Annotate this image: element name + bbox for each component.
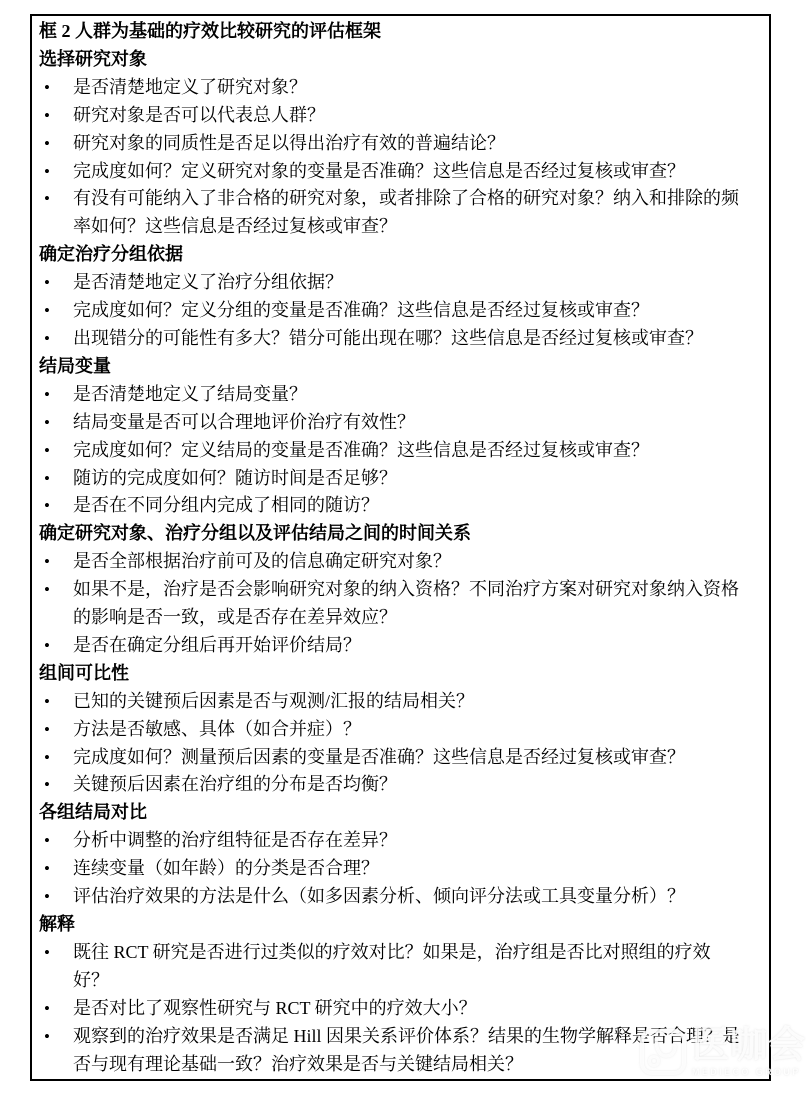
bullet-icon: • xyxy=(39,130,73,158)
bullet-icon: • xyxy=(39,269,73,297)
bullet-icon: • xyxy=(39,465,73,493)
bullet-item: •关键预后因素在治疗组的分布是否均衡？ xyxy=(39,771,741,799)
bullet-text: 有没有可能纳入了非合格的研究对象，或者排除了合格的研究对象？纳入和排除的频率如何… xyxy=(73,185,741,241)
bullet-icon: • xyxy=(39,185,73,213)
bullet-icon: • xyxy=(39,297,73,325)
bullet-item: •完成度如何？定义结局的变量是否准确？这些信息是否经过复核或审查？ xyxy=(39,437,741,465)
bullet-icon: • xyxy=(39,1023,73,1051)
section-1: 选择研究对象•是否清楚地定义了研究对象？•研究对象是否可以代表总人群？•研究对象… xyxy=(39,46,741,241)
section-heading: 确定治疗分组依据 xyxy=(39,241,741,269)
bullet-item: •出现错分的可能性有多大？错分可能出现在哪？这些信息是否经过复核或审查？ xyxy=(39,325,741,353)
bullet-item: •完成度如何？测量预后因素的变量是否准确？这些信息是否经过复核或审查？ xyxy=(39,744,741,772)
bullet-text: 完成度如何？测量预后因素的变量是否准确？这些信息是否经过复核或审查？ xyxy=(73,744,741,772)
bullet-icon: • xyxy=(39,492,73,520)
bullet-text: 连续变量（如年龄）的分类是否合理？ xyxy=(73,855,741,883)
bullet-text: 是否清楚地定义了治疗分组依据？ xyxy=(73,269,741,297)
bullet-text: 出现错分的可能性有多大？错分可能出现在哪？这些信息是否经过复核或审查？ xyxy=(73,325,741,353)
bullet-text: 是否在确定分组后再开始评价结局？ xyxy=(73,632,741,660)
bullet-item: •是否清楚地定义了研究对象？ xyxy=(39,74,741,102)
bullet-text: 关键预后因素在治疗组的分布是否均衡？ xyxy=(73,771,741,799)
section-5: 组间可比性•已知的关键预后因素是否与观测/汇报的结局相关？•方法是否敏感、具体（… xyxy=(39,660,741,800)
bullet-icon: • xyxy=(39,325,73,353)
bullet-icon: • xyxy=(39,827,73,855)
document-frame: 框 2 人群为基础的疗效比较研究的评估框架 选择研究对象•是否清楚地定义了研究对… xyxy=(30,14,771,1081)
bullet-item: •研究对象的同质性是否足以得出治疗有效的普遍结论？ xyxy=(39,130,741,158)
bullet-item: •评估治疗效果的方法是什么（如多因素分析、倾向评分法或工具变量分析）？ xyxy=(39,883,741,911)
bullet-icon: • xyxy=(39,548,73,576)
bullet-text: 完成度如何？定义研究对象的变量是否准确？这些信息是否经过复核或审查？ xyxy=(73,158,741,186)
bullet-icon: • xyxy=(39,939,73,967)
bullet-icon: • xyxy=(39,883,73,911)
bullet-item: •是否在确定分组后再开始评价结局？ xyxy=(39,632,741,660)
section-heading: 确定研究对象、治疗分组以及评估结局之间的时间关系 xyxy=(39,520,741,548)
section-7: 解释•既往 RCT 研究是否进行过类似的疗效对比？如果是，治疗组是否比对照组的疗… xyxy=(39,911,741,1078)
bullet-item: •方法是否敏感、具体（如合并症）？ xyxy=(39,716,741,744)
bullet-text: 观察到的治疗效果是否满足 Hill 因果关系评价体系？结果的生物学解释是否合理？… xyxy=(73,1023,741,1079)
section-heading: 选择研究对象 xyxy=(39,46,741,74)
bullet-icon: • xyxy=(39,102,73,130)
bullet-text: 研究对象的同质性是否足以得出治疗有效的普遍结论？ xyxy=(73,130,741,158)
bullet-item: •既往 RCT 研究是否进行过类似的疗效对比？如果是，治疗组是否比对照组的疗效好… xyxy=(39,939,741,995)
bullet-text: 完成度如何？定义分组的变量是否准确？这些信息是否经过复核或审查？ xyxy=(73,297,741,325)
bullet-item: •观察到的治疗效果是否满足 Hill 因果关系评价体系？结果的生物学解释是否合理… xyxy=(39,1023,741,1079)
bullet-text: 随访的完成度如何？随访时间是否足够？ xyxy=(73,465,741,493)
bullet-item: •分析中调整的治疗组特征是否存在差异？ xyxy=(39,827,741,855)
bullet-item: •随访的完成度如何？随访时间是否足够？ xyxy=(39,465,741,493)
bullet-text: 如果不是，治疗是否会影响研究对象的纳入资格？不同治疗方案对研究对象纳入资格的影响… xyxy=(73,576,741,632)
bullet-text: 完成度如何？定义结局的变量是否准确？这些信息是否经过复核或审查？ xyxy=(73,437,741,465)
bullet-icon: • xyxy=(39,744,73,772)
bullet-item: •是否清楚地定义了治疗分组依据？ xyxy=(39,269,741,297)
bullet-icon: • xyxy=(39,381,73,409)
bullet-icon: • xyxy=(39,437,73,465)
bullet-icon: • xyxy=(39,855,73,883)
bullet-text: 方法是否敏感、具体（如合并症）？ xyxy=(73,716,741,744)
section-heading: 结局变量 xyxy=(39,353,741,381)
bullet-icon: • xyxy=(39,632,73,660)
section-3: 结局变量•是否清楚地定义了结局变量？•结局变量是否可以合理地评价治疗有效性？•完… xyxy=(39,353,741,520)
bullet-icon: • xyxy=(39,74,73,102)
bullet-text: 结局变量是否可以合理地评价治疗有效性？ xyxy=(73,409,741,437)
bullet-text: 是否在不同分组内完成了相同的随访？ xyxy=(73,492,741,520)
bullet-text: 已知的关键预后因素是否与观测/汇报的结局相关？ xyxy=(73,688,741,716)
bullet-icon: • xyxy=(39,576,73,604)
bullet-icon: • xyxy=(39,158,73,186)
bullet-text: 是否清楚地定义了研究对象？ xyxy=(73,74,741,102)
bullet-icon: • xyxy=(39,995,73,1023)
bullet-item: •结局变量是否可以合理地评价治疗有效性？ xyxy=(39,409,741,437)
sections-container: 选择研究对象•是否清楚地定义了研究对象？•研究对象是否可以代表总人群？•研究对象… xyxy=(39,46,741,1079)
bullet-text: 既往 RCT 研究是否进行过类似的疗效对比？如果是，治疗组是否比对照组的疗效好？ xyxy=(73,939,741,995)
bullet-icon: • xyxy=(39,771,73,799)
section-heading: 组间可比性 xyxy=(39,660,741,688)
bullet-item: •是否对比了观察性研究与 RCT 研究中的疗效大小？ xyxy=(39,995,741,1023)
bullet-item: •完成度如何？定义分组的变量是否准确？这些信息是否经过复核或审查？ xyxy=(39,297,741,325)
bullet-item: •是否在不同分组内完成了相同的随访？ xyxy=(39,492,741,520)
bullet-item: •如果不是，治疗是否会影响研究对象的纳入资格？不同治疗方案对研究对象纳入资格的影… xyxy=(39,576,741,632)
bullet-text: 是否对比了观察性研究与 RCT 研究中的疗效大小？ xyxy=(73,995,741,1023)
bullet-text: 研究对象是否可以代表总人群？ xyxy=(73,102,741,130)
box-title: 框 2 人群为基础的疗效比较研究的评估框架 xyxy=(39,18,741,46)
bullet-text: 评估治疗效果的方法是什么（如多因素分析、倾向评分法或工具变量分析）？ xyxy=(73,883,741,911)
bullet-item: •连续变量（如年龄）的分类是否合理？ xyxy=(39,855,741,883)
bullet-item: •是否清楚地定义了结局变量？ xyxy=(39,381,741,409)
bullet-text: 是否清楚地定义了结局变量？ xyxy=(73,381,741,409)
bullet-text: 是否全部根据治疗前可及的信息确定研究对象？ xyxy=(73,548,741,576)
section-6: 各组结局对比•分析中调整的治疗组特征是否存在差异？•连续变量（如年龄）的分类是否… xyxy=(39,799,741,911)
bullet-icon: • xyxy=(39,716,73,744)
bullet-item: •有没有可能纳入了非合格的研究对象，或者排除了合格的研究对象？纳入和排除的频率如… xyxy=(39,185,741,241)
section-2: 确定治疗分组依据•是否清楚地定义了治疗分组依据？•完成度如何？定义分组的变量是否… xyxy=(39,241,741,353)
bullet-text: 分析中调整的治疗组特征是否存在差异？ xyxy=(73,827,741,855)
section-4: 确定研究对象、治疗分组以及评估结局之间的时间关系•是否全部根据治疗前可及的信息确… xyxy=(39,520,741,660)
bullet-item: •已知的关键预后因素是否与观测/汇报的结局相关？ xyxy=(39,688,741,716)
section-heading: 各组结局对比 xyxy=(39,799,741,827)
bullet-icon: • xyxy=(39,409,73,437)
bullet-item: •是否全部根据治疗前可及的信息确定研究对象？ xyxy=(39,548,741,576)
bullet-icon: • xyxy=(39,688,73,716)
bullet-item: •完成度如何？定义研究对象的变量是否准确？这些信息是否经过复核或审查？ xyxy=(39,158,741,186)
bullet-item: •研究对象是否可以代表总人群？ xyxy=(39,102,741,130)
section-heading: 解释 xyxy=(39,911,741,939)
